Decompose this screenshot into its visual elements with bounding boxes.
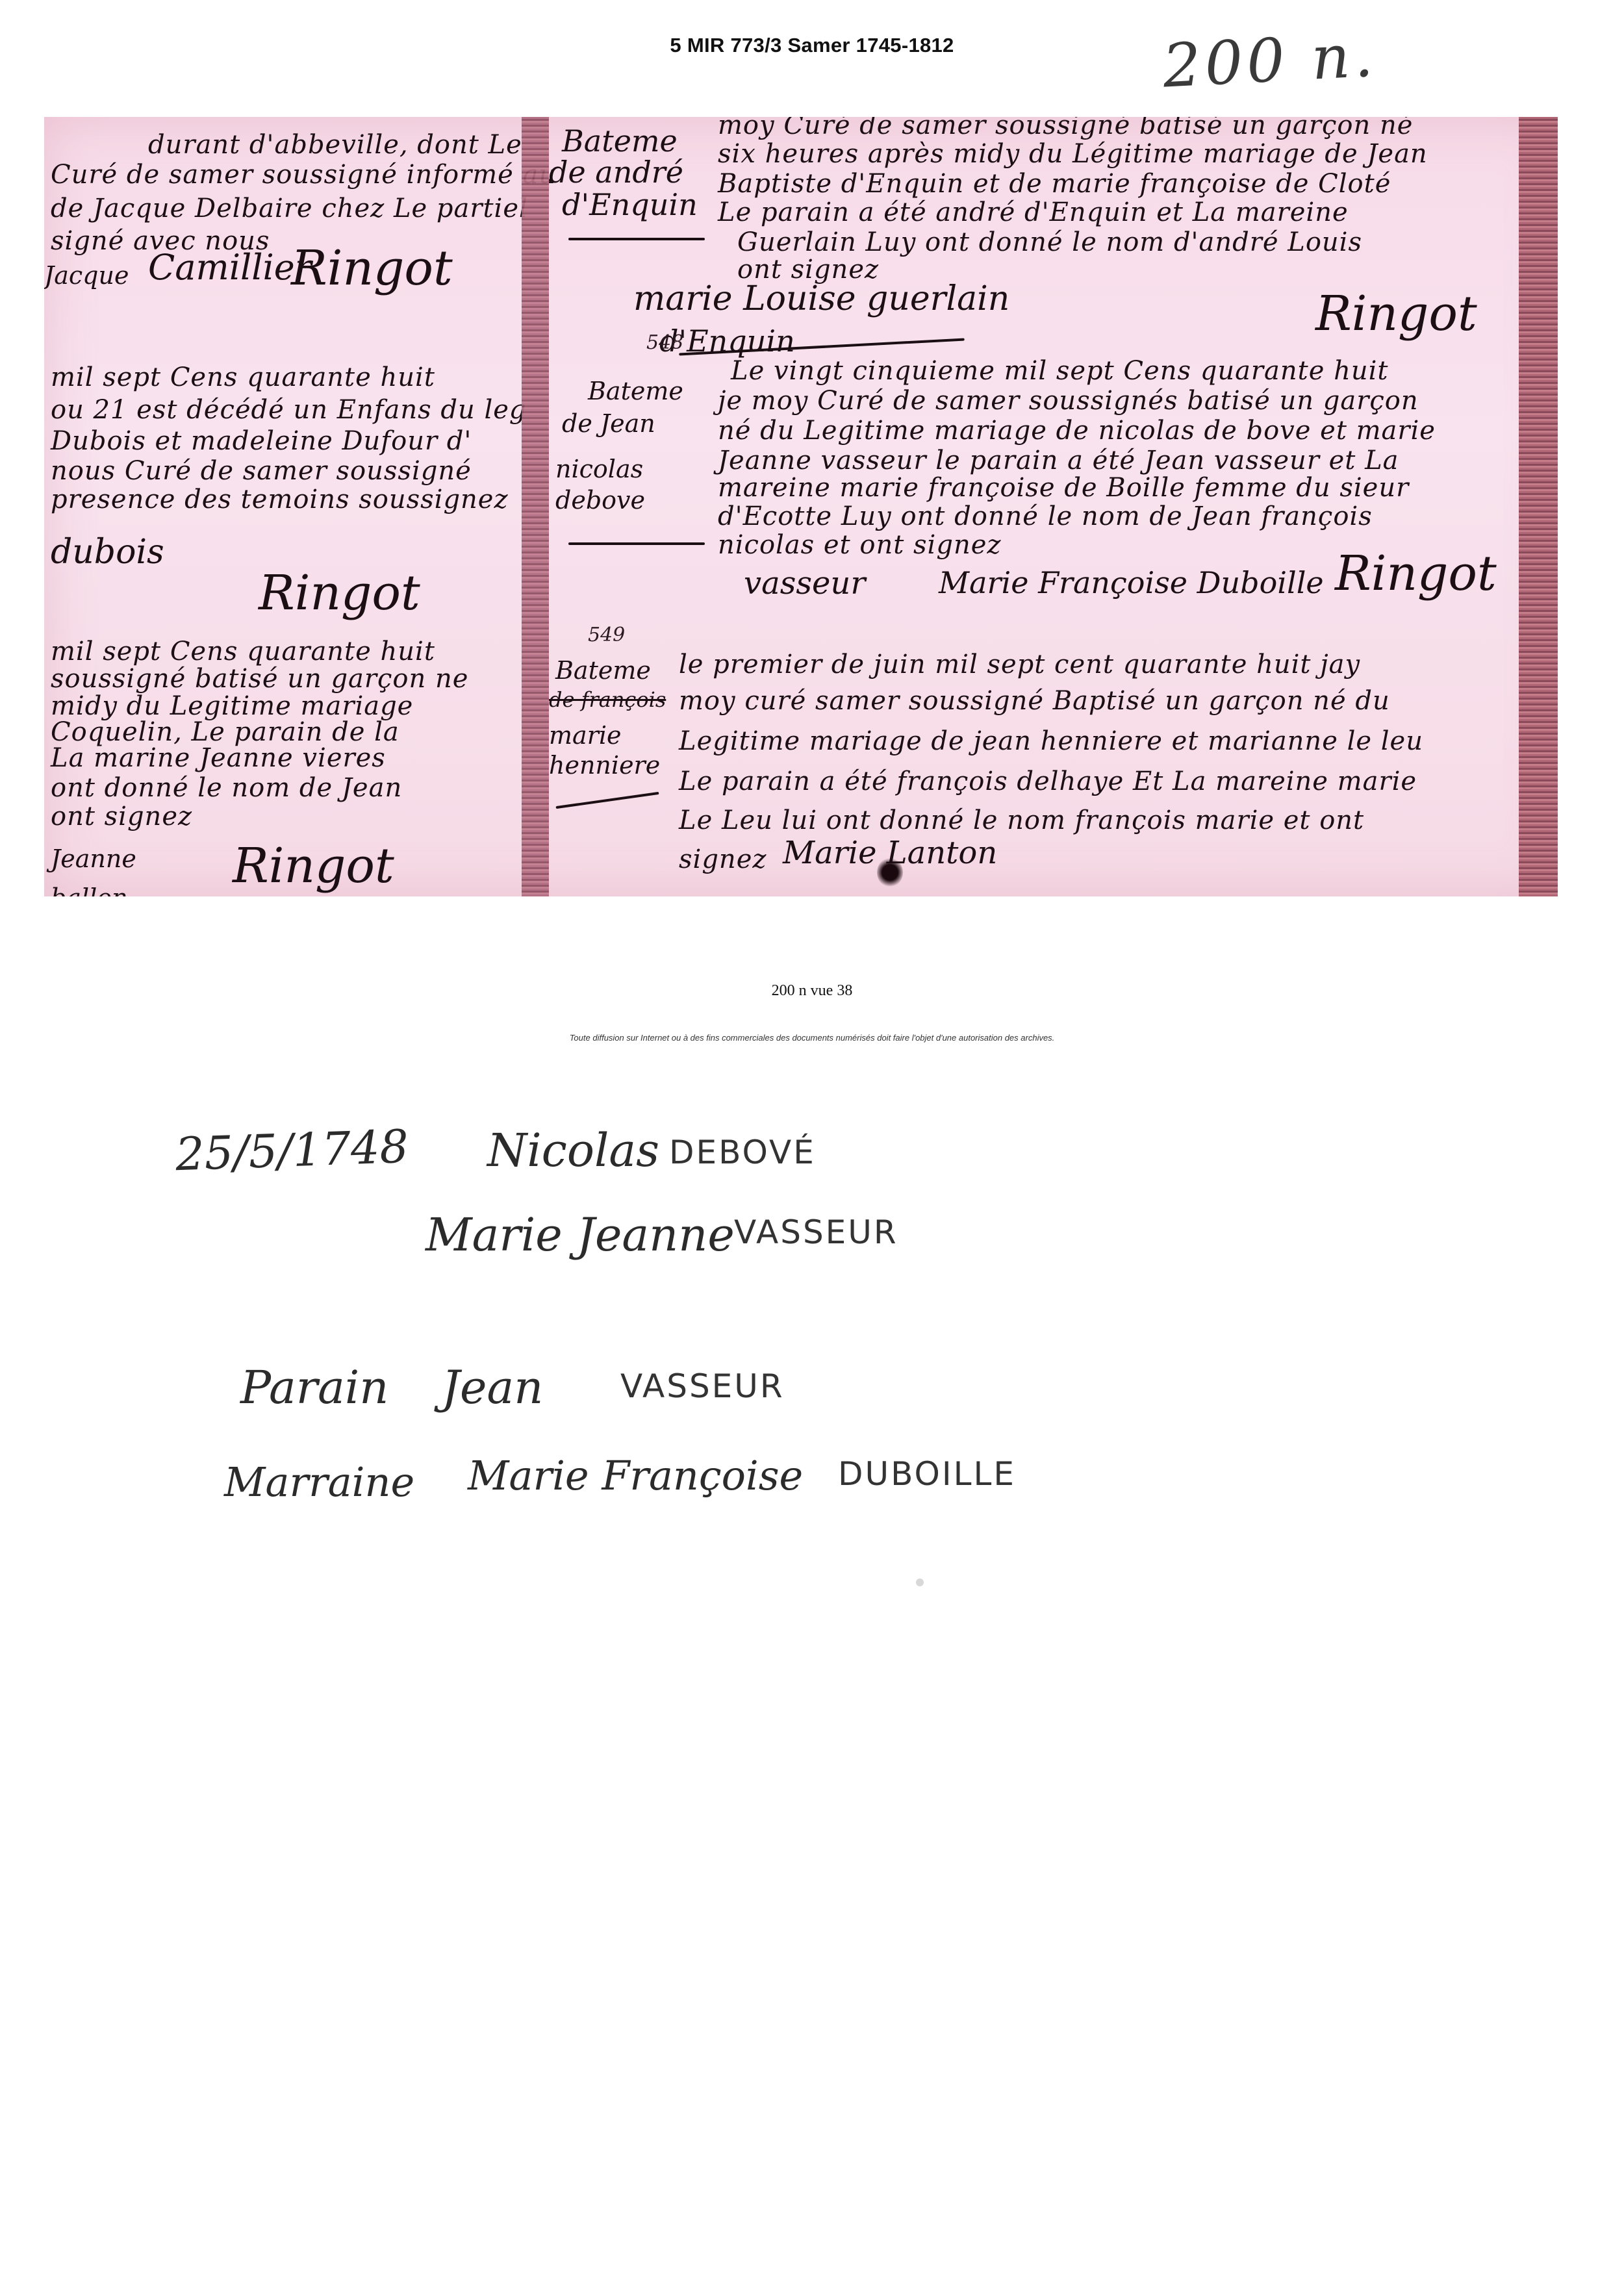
signature-ringot: Ringot	[233, 838, 394, 894]
manuscript-line: moy Curé de samer soussigné batisé un ga…	[718, 117, 1413, 140]
margin-annotation: de Jean	[562, 409, 655, 438]
binding-gutter	[522, 117, 549, 896]
manuscript-line: Le parain a été andré d'Enquin et La mar…	[718, 197, 1349, 227]
manuscript-line: Le parain a été françois delhaye Et La m…	[679, 767, 1417, 796]
signature: dubois	[51, 533, 164, 572]
margin-annotation: nicolas	[555, 455, 643, 483]
manuscript-line: Curé de samer soussigné informé au	[51, 160, 556, 190]
manuscript-line: le premier de juin mil sept cent quarant…	[679, 650, 1360, 679]
manuscript-line: né du Legitime mariage de nicolas de bov…	[718, 416, 1436, 446]
ink-blot	[877, 857, 903, 887]
godfather-role-label: Parain	[240, 1361, 388, 1414]
signature-vasseur: vasseur	[744, 565, 865, 602]
manuscript-line: Le vingt cinquieme mil sept Cens quarant…	[731, 356, 1389, 386]
manuscript-line: ont signez	[51, 802, 192, 831]
signature-ringot: Ringot	[1315, 286, 1477, 342]
entry-number: 549	[588, 624, 625, 646]
margin-annotation: henniere	[549, 751, 660, 780]
register-right-page: Bateme de andré d'Enquin moy Curé de sam…	[549, 117, 1519, 896]
handwritten-page-note: 200 n.	[1161, 20, 1378, 101]
manuscript-line: de Jacque Delbaire chez Le partiel	[51, 194, 528, 223]
margin-annotation: d'Enquin	[562, 187, 698, 222]
godfather-last-name: VASSEUR	[620, 1367, 785, 1405]
signature-ringot: Ringot	[1335, 546, 1497, 602]
father-first-name: Nicolas	[487, 1124, 659, 1177]
signature-ringot: Ringot	[291, 240, 453, 296]
manuscript-line: d'Ecotte Luy ont donné le nom de Jean fr…	[718, 501, 1373, 531]
manuscript-line: Dubois et madeleine Dufour d'	[51, 426, 472, 456]
margin-annotation: de françois	[549, 687, 666, 712]
signature: Jeanne	[51, 844, 136, 873]
signature: Camillier	[148, 247, 312, 288]
signature-ringot: Ringot	[259, 565, 420, 621]
margin-annotation: debove	[555, 486, 645, 514]
manuscript-line: mil sept Cens quarante huit	[51, 637, 435, 666]
manuscript-line: nous Curé de samer soussigné	[51, 456, 472, 486]
manuscript-line: soussigné batisé un garçon ne	[51, 664, 468, 694]
manuscript-line: Legitime mariage de jean henniere et mar…	[679, 726, 1423, 756]
father-last-name: DEBOVÉ	[669, 1134, 816, 1171]
scan-speck	[916, 1579, 924, 1586]
separator-rule	[556, 792, 659, 809]
view-caption: 200 n vue 38	[0, 982, 1624, 1000]
godmother-role-label: Marraine	[224, 1458, 414, 1506]
manuscript-line: six heures après midy du Légitime mariag…	[718, 139, 1428, 169]
manuscript-line: ont donné le nom de Jean	[51, 773, 402, 803]
mother-first-name: Marie Jeanne	[425, 1208, 735, 1262]
manuscript-line: nicolas et ont signez	[718, 530, 1001, 560]
signature-duboille: Marie Françoise Duboille	[939, 565, 1324, 600]
signature: Jacque	[44, 261, 129, 290]
separator-rule	[568, 542, 705, 545]
manuscript-line: signez	[679, 844, 767, 874]
godfather-first-name: Jean	[442, 1361, 543, 1414]
margin-annotation: Bateme	[588, 377, 683, 405]
godmother-first-name: Marie Françoise	[468, 1452, 803, 1499]
manuscript-line: durant d'abbeville, dont Le	[148, 130, 522, 160]
manuscript-line: Baptiste d'Enquin et de marie françoise …	[718, 169, 1391, 199]
archive-reference-header: 5 MIR 773/3 Samer 1745-1812	[0, 34, 1624, 57]
signature: marie Louise guerlain	[633, 279, 1009, 318]
manuscript-line: mil sept Cens quarante huit	[51, 362, 435, 392]
separator-rule	[568, 238, 705, 240]
register-left-page: durant d'abbeville, dont Le Curé de same…	[44, 117, 522, 896]
mother-last-name: VASSEUR	[734, 1213, 898, 1251]
page-edge-shadow	[1519, 117, 1558, 896]
manuscript-line: La marine Jeanne vieres	[51, 743, 386, 773]
archive-register-image: durant d'abbeville, dont Le Curé de same…	[44, 117, 1558, 896]
margin-annotation: Bateme	[555, 656, 651, 685]
manuscript-line: mareine marie françoise de Boille femme …	[718, 473, 1409, 503]
entry-number: 548	[646, 331, 683, 354]
manuscript-line: ou 21 est décédé un Enfans du leg	[51, 395, 527, 425]
manuscript-line: Le Leu lui ont donné le nom françois mar…	[679, 806, 1364, 835]
margin-annotation: de andré	[549, 155, 683, 190]
manuscript-line: Jeanne vasseur le parain a été Jean vass…	[718, 446, 1399, 476]
margin-annotation: Bateme	[562, 123, 678, 159]
handwritten-date: 25/5/1748	[175, 1120, 410, 1181]
copyright-notice: Toute diffusion sur Internet ou à des fi…	[0, 1033, 1624, 1043]
manuscript-line: moy curé samer soussigné Baptisé un garç…	[679, 686, 1390, 716]
margin-annotation: marie	[549, 721, 622, 750]
manuscript-line: presence des temoins soussignez	[51, 485, 509, 514]
manuscript-line: Guerlain Luy ont donné le nom d'andré Lo…	[737, 227, 1362, 257]
manuscript-line: je moy Curé de samer soussignés batisé u…	[718, 386, 1419, 416]
godmother-last-name: DUBOILLE	[838, 1455, 1016, 1493]
signature: ballon	[51, 883, 128, 896]
